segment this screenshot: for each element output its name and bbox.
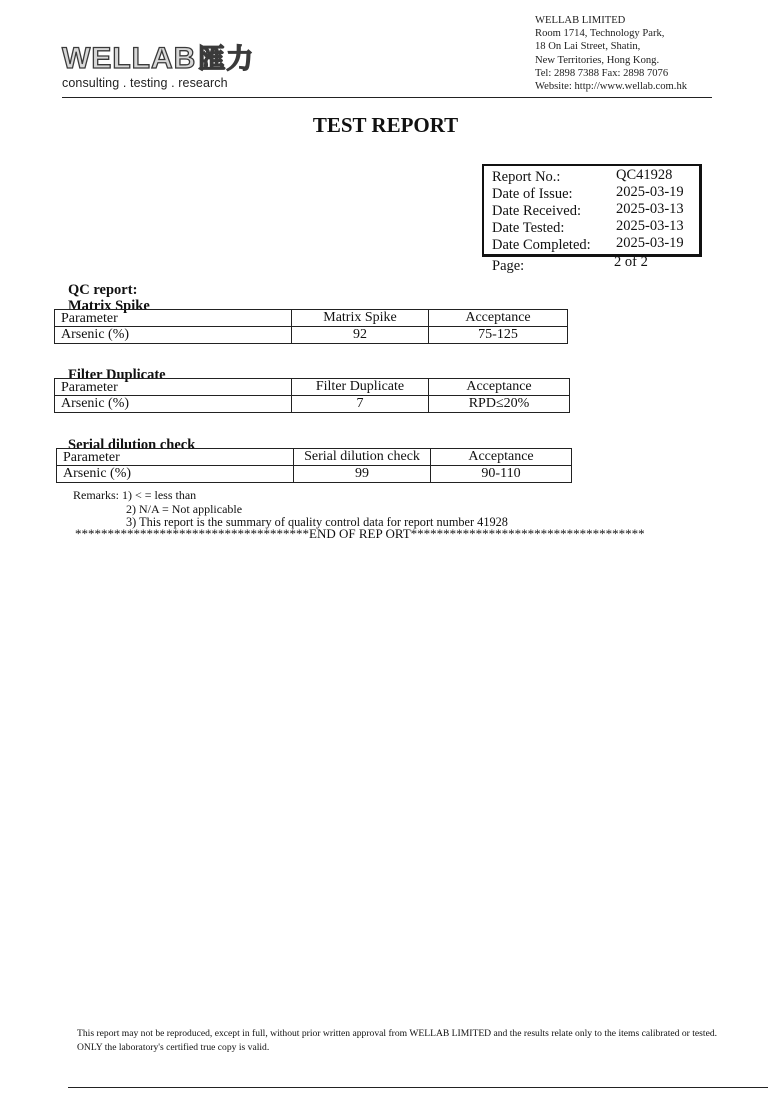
table-cell: Arsenic (%): [57, 466, 294, 483]
info-label: Report No.:: [492, 169, 560, 186]
info-value: 2025-03-19: [616, 184, 684, 201]
logo-brand: WELLAB: [62, 42, 196, 75]
table-cell: Arsenic (%): [55, 327, 292, 344]
info-label: Date Received:: [492, 203, 581, 220]
company-contact: Tel: 2898 7388 Fax: 2898 7076: [535, 67, 687, 80]
address-line: New Territories, Hong Kong.: [535, 54, 687, 67]
logo-wordmark: WELLAB匯力: [62, 44, 254, 74]
table-header-cell: Parameter: [55, 379, 292, 396]
logo-brand-cn: 匯力: [198, 44, 254, 74]
info-label: Date of Issue:: [492, 186, 573, 203]
logo-tagline: consulting . testing . research: [62, 76, 254, 90]
end-of-report-line: ************************************END …: [75, 526, 645, 542]
info-label: Date Completed:: [492, 237, 591, 254]
table-cell: 75-125: [429, 327, 568, 344]
table-row: Arsenic (%) 99 90-110: [57, 466, 572, 483]
matrix-spike-table: Parameter Matrix Spike Acceptance Arseni…: [54, 309, 568, 344]
company-logo: WELLAB匯力 consulting . testing . research: [62, 44, 254, 90]
table-header-cell: Parameter: [57, 449, 294, 466]
table-header-cell: Parameter: [55, 310, 292, 327]
info-value: 2025-03-13: [616, 201, 684, 218]
address-line: 18 On Lai Street, Shatin,: [535, 40, 687, 53]
table-header-cell: Acceptance: [429, 310, 568, 327]
table-header-cell: Acceptance: [429, 379, 570, 396]
company-website: Website: http://www.wellab.com.hk: [535, 80, 687, 93]
footer-disclaimer: This report may not be reproduced, excep…: [77, 1027, 727, 1055]
company-name: WELLAB LIMITED: [535, 14, 687, 27]
table-header-cell: Acceptance: [431, 449, 572, 466]
table-cell: 90-110: [431, 466, 572, 483]
table-cell: 7: [292, 396, 429, 413]
table-row: Arsenic (%) 7 RPD≤20%: [55, 396, 570, 413]
info-label: Date Tested:: [492, 220, 564, 237]
company-address-block: WELLAB LIMITED Room 1714, Technology Par…: [535, 14, 687, 93]
footer-divider: [68, 1087, 768, 1088]
table-header-cell: Serial dilution check: [294, 449, 431, 466]
table-header-row: Parameter Serial dilution check Acceptan…: [57, 449, 572, 466]
info-value: 2025-03-13: [616, 218, 684, 235]
table-cell: Arsenic (%): [55, 396, 292, 413]
info-value: 2025-03-19: [616, 235, 684, 252]
table-header-cell: Matrix Spike: [292, 310, 429, 327]
remark-2: 2) N/A = Not applicable: [126, 503, 508, 517]
info-value: QC41928: [616, 167, 672, 184]
remarks-block: Remarks: 1) < = less than 2) N/A = Not a…: [73, 489, 508, 530]
table-row: Arsenic (%) 92 75-125: [55, 327, 568, 344]
header-divider: [62, 97, 712, 98]
qc-report-heading: QC report:: [68, 282, 137, 299]
table-header-cell: Filter Duplicate: [292, 379, 429, 396]
table-cell: 99: [294, 466, 431, 483]
table-header-row: Parameter Filter Duplicate Acceptance: [55, 379, 570, 396]
table-header-row: Parameter Matrix Spike Acceptance: [55, 310, 568, 327]
serial-dilution-table: Parameter Serial dilution check Acceptan…: [56, 448, 572, 483]
page-title: TEST REPORT: [0, 113, 771, 138]
filter-duplicate-table: Parameter Filter Duplicate Acceptance Ar…: [54, 378, 570, 413]
table-cell: RPD≤20%: [429, 396, 570, 413]
page-value: 2 of 2: [614, 254, 648, 271]
remark-1: Remarks: 1) < = less than: [73, 489, 508, 503]
page-label: Page:: [492, 258, 524, 275]
table-cell: 92: [292, 327, 429, 344]
address-line: Room 1714, Technology Park,: [535, 27, 687, 40]
report-info-box: Report No.: QC41928 Date of Issue: 2025-…: [482, 164, 702, 257]
